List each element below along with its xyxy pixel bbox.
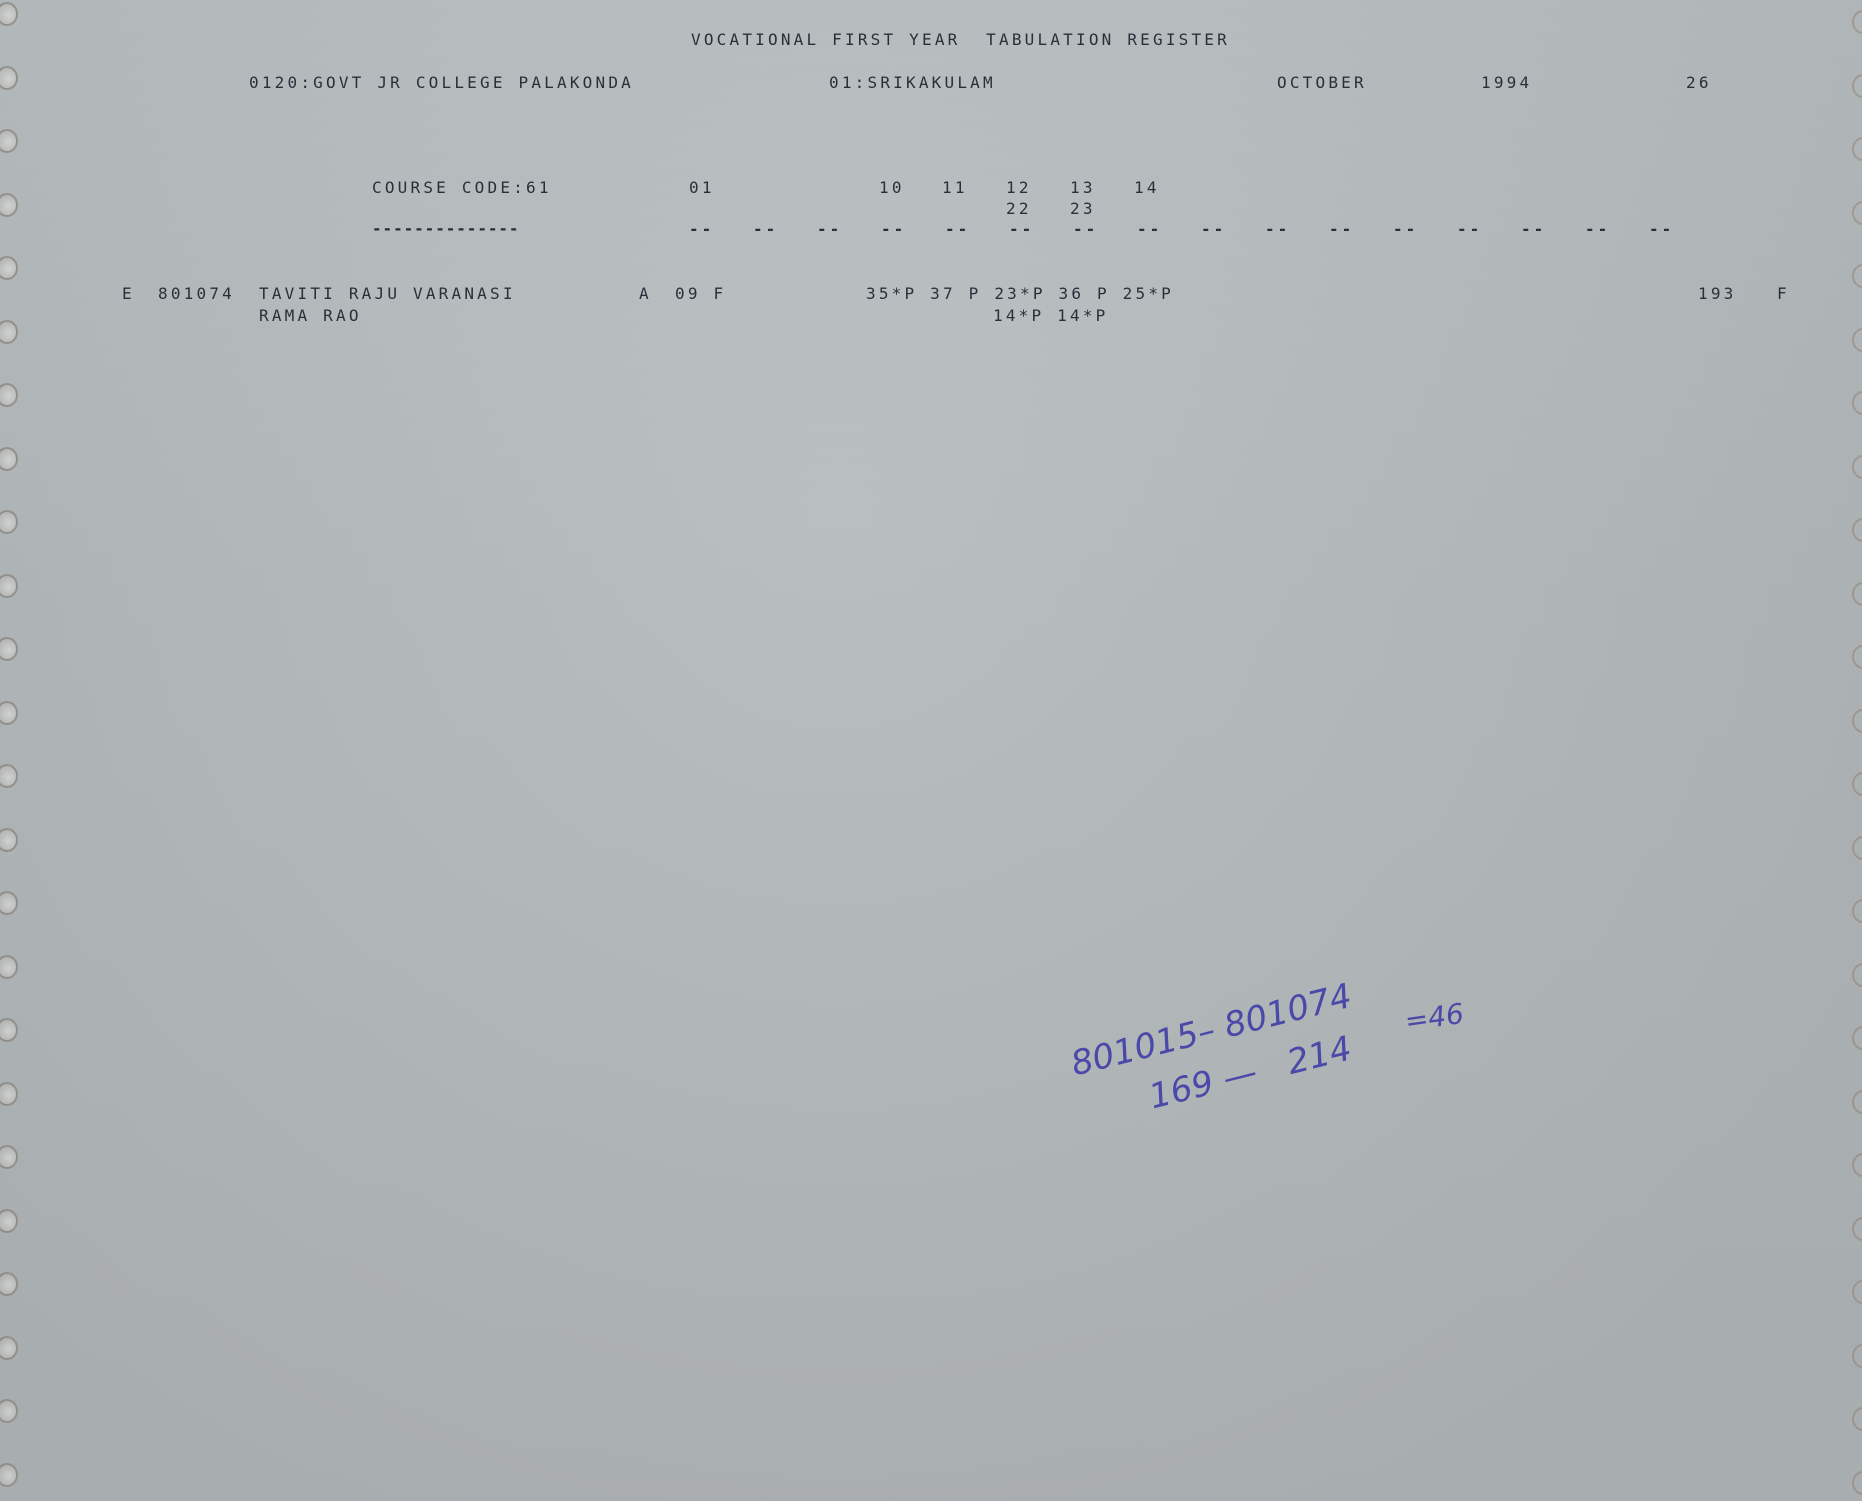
column-separator: -- bbox=[1265, 220, 1290, 239]
column-code-12: 12 bbox=[1006, 179, 1032, 197]
feed-hole bbox=[1852, 1090, 1862, 1114]
feed-hole bbox=[1852, 1344, 1862, 1368]
student-marks-line2: 14*P 14*P bbox=[993, 307, 1109, 325]
feed-hole bbox=[1852, 1217, 1862, 1241]
column-separator: -- bbox=[1393, 220, 1418, 239]
feed-hole bbox=[0, 1463, 18, 1487]
feed-hole bbox=[0, 2, 18, 26]
student-medium: A bbox=[639, 285, 652, 303]
college-name: 0120:GOVT JR COLLEGE PALAKONDA bbox=[249, 74, 634, 92]
feed-hole bbox=[0, 701, 18, 725]
column-code-14: 14 bbox=[1134, 179, 1160, 197]
column-separator: -- bbox=[881, 220, 906, 239]
feed-hole bbox=[0, 320, 18, 344]
report-title: VOCATIONAL FIRST YEAR TABULATION REGISTE… bbox=[691, 31, 1230, 49]
feed-hole bbox=[1852, 455, 1862, 479]
exam-year: 1994 bbox=[1481, 74, 1532, 92]
feed-hole bbox=[1852, 772, 1862, 796]
column-code-11: 11 bbox=[942, 179, 968, 197]
feed-hole bbox=[1852, 963, 1862, 987]
feed-hole bbox=[1852, 201, 1862, 225]
feed-hole bbox=[1852, 518, 1862, 542]
column-code-01: 01 bbox=[689, 179, 715, 197]
feed-hole bbox=[0, 1272, 18, 1296]
feed-hole bbox=[0, 828, 18, 852]
column-separator: -- bbox=[1585, 220, 1610, 239]
feed-hole bbox=[0, 574, 18, 598]
feed-hole bbox=[1852, 137, 1862, 161]
paper-background bbox=[0, 0, 1862, 1501]
feed-hole bbox=[1852, 645, 1862, 669]
feed-hole bbox=[0, 1018, 18, 1042]
feed-hole bbox=[1852, 328, 1862, 352]
feed-hole bbox=[0, 1336, 18, 1360]
district-name: 01:SRIKAKULAM bbox=[829, 74, 996, 92]
column-separator: -- bbox=[689, 220, 714, 239]
feed-hole bbox=[0, 637, 18, 661]
feed-hole bbox=[1852, 1153, 1862, 1177]
feed-hole bbox=[0, 256, 18, 280]
feed-hole bbox=[0, 447, 18, 471]
feed-hole bbox=[0, 891, 18, 915]
column-separator: -- bbox=[1649, 220, 1674, 239]
student-marks-line1: 35*P 37 P 23*P 36 P 25*P bbox=[866, 285, 1174, 303]
student-result: F bbox=[1777, 285, 1790, 303]
column-separator: -- bbox=[1201, 220, 1226, 239]
column-separator: -- bbox=[1329, 220, 1354, 239]
feed-hole bbox=[1852, 1280, 1862, 1304]
feed-hole bbox=[0, 193, 18, 217]
handwritten-line3: =46 bbox=[1403, 997, 1466, 1038]
feed-hole bbox=[0, 66, 18, 90]
student-total: 193 bbox=[1698, 285, 1737, 303]
tractor-feed-holes-right bbox=[1832, 0, 1862, 1501]
column-separator: -- bbox=[945, 220, 970, 239]
course-code-underline: -------------- bbox=[372, 220, 519, 238]
feed-hole bbox=[0, 1145, 18, 1169]
feed-hole bbox=[0, 1082, 18, 1106]
feed-hole bbox=[1852, 74, 1862, 98]
feed-hole bbox=[0, 1209, 18, 1233]
tractor-feed-holes-left bbox=[0, 0, 30, 1501]
feed-hole bbox=[0, 129, 18, 153]
course-code-label: COURSE CODE:61 bbox=[372, 179, 552, 197]
column-code-22: 22 bbox=[1006, 200, 1032, 218]
column-separator: -- bbox=[1073, 220, 1098, 239]
feed-hole bbox=[1852, 1026, 1862, 1050]
feed-hole bbox=[0, 1399, 18, 1423]
student-section: E bbox=[122, 285, 135, 303]
exam-month: OCTOBER bbox=[1277, 74, 1367, 92]
feed-hole bbox=[0, 510, 18, 534]
feed-hole bbox=[1852, 836, 1862, 860]
feed-hole bbox=[1852, 899, 1862, 923]
student-name-line1: TAVITI RAJU VARANASI bbox=[259, 285, 516, 303]
page-number: 26 bbox=[1686, 74, 1712, 92]
column-code-23: 23 bbox=[1070, 200, 1096, 218]
column-separator: -- bbox=[1009, 220, 1034, 239]
student-subject-01: 09 F bbox=[675, 285, 726, 303]
student-name-line2: RAMA RAO bbox=[259, 307, 362, 325]
feed-hole bbox=[1852, 582, 1862, 606]
column-separator: -- bbox=[753, 220, 778, 239]
feed-hole bbox=[1852, 391, 1862, 415]
feed-hole bbox=[1852, 709, 1862, 733]
feed-hole bbox=[0, 383, 18, 407]
column-separator: -- bbox=[1521, 220, 1546, 239]
feed-hole bbox=[1852, 264, 1862, 288]
feed-hole bbox=[0, 955, 18, 979]
student-hall-ticket: 801074 bbox=[158, 285, 235, 303]
column-separator: -- bbox=[1457, 220, 1482, 239]
feed-hole bbox=[1852, 10, 1862, 34]
column-separator: -- bbox=[1137, 220, 1162, 239]
feed-hole bbox=[1852, 1407, 1862, 1431]
column-separator: -- bbox=[817, 220, 842, 239]
column-code-13: 13 bbox=[1070, 179, 1096, 197]
feed-hole bbox=[0, 764, 18, 788]
feed-hole bbox=[1852, 1471, 1862, 1495]
column-code-10: 10 bbox=[879, 179, 905, 197]
